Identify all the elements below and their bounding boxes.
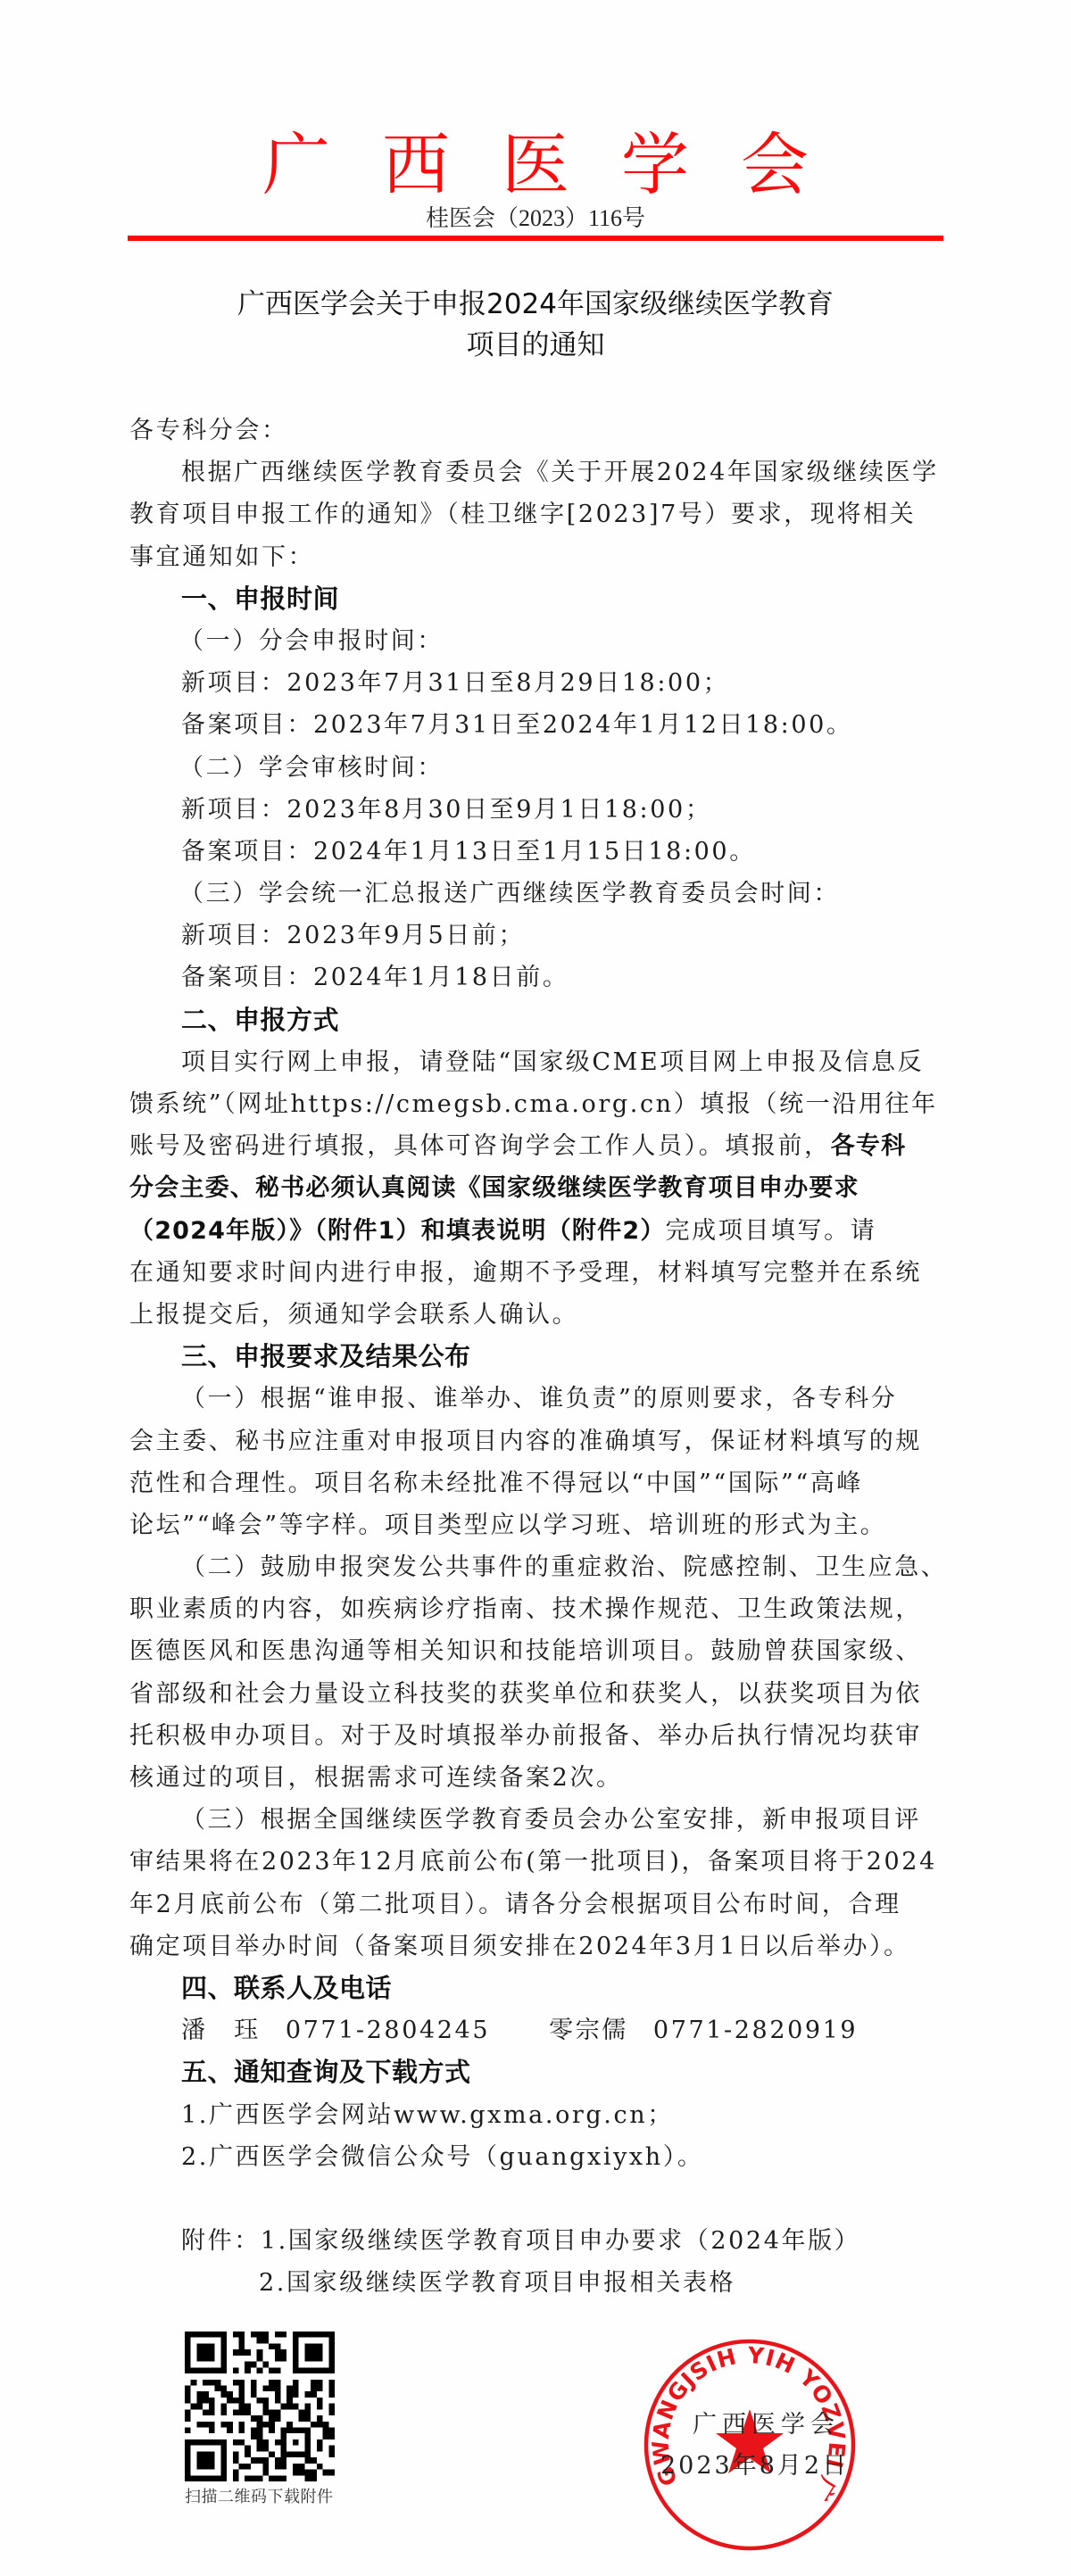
section-heading-5: 五、通知查询及下载方式 — [129, 2051, 946, 2093]
paragraph-line: 年2月底前公布（第二批项目）。请各分会根据项目公布时间，合理 — [129, 1884, 946, 1926]
paragraph-line: 项目实行网上申报，请登陆“国家级CME项目网上申报及信息反 — [129, 1041, 946, 1083]
paragraph-line: 职业素质的内容，如疾病诊疗指南、技术操作规范、卫生政策法规， — [129, 1588, 946, 1630]
paragraph-line: 论坛”“峰会”等字样。项目类型应以学习班、培训班的形式为主。 — [129, 1504, 946, 1546]
document-page: 广西医学会 桂医会（2023）116号 广西医学会关于申报2024年国家级继续医… — [0, 0, 1071, 2576]
section-heading-2: 二、申报方式 — [129, 999, 946, 1041]
section-heading-4: 四、联系人及电话 — [129, 1967, 946, 2009]
intro-line: 根据广西继续医学教育委员会《关于开展2024年国家级继续医学 — [129, 451, 946, 493]
qr-caption: 扫描二维码下载附件 — [185, 2486, 334, 2509]
paragraph-line: 会主委、秘书应注重对申报项目内容的准确填写，保证材料填写的规 — [129, 1421, 946, 1462]
emphasis-text: （2024年版）》（附件1）和填表说明（附件2） — [129, 1217, 666, 1245]
schedule-new: 新项目：2023年8月30日至9月1日18:00； — [129, 789, 946, 831]
paragraph-line: 范性和合理性。项目名称未经批准不得冠以“中国”“国际”“高峰 — [129, 1462, 946, 1504]
qr-code-icon — [185, 2332, 335, 2481]
paragraph-line: 核通过的项目，根据需求可连续备案2次。 — [129, 1757, 946, 1799]
paragraph-line: （2024年版）》（附件1）和填表说明（附件2）完成项目填写。请 — [129, 1210, 946, 1252]
paragraph-line: （二）鼓励申报突发公共事件的重症救治、院感控制、卫生应急、 — [129, 1546, 946, 1588]
qr-code[interactable] — [185, 2332, 335, 2481]
document-body: 各专科分会： 根据广西继续医学教育委员会《关于开展2024年国家级继续医学 教育… — [129, 410, 946, 2304]
spacer — [129, 2178, 946, 2220]
contact-name: 潘 珏 — [181, 2017, 261, 2044]
paragraph-text: 账号及密码进行填报，具体可咨询学会工作人员）。填报前， — [129, 1132, 831, 1160]
paragraph-line: 确定项目举办时间（备案项目须安排在2024年3月1日以后举办）。 — [129, 1926, 946, 1967]
intro-line: 教育项目申报工作的通知》（桂卫继字[2023]7号）要求，现将相关 — [129, 493, 946, 535]
subsection-label: （二）学会审核时间： — [129, 747, 946, 789]
paragraph-line: 在通知要求时间内进行申报，逾期不予受理，材料填写完整并在系统 — [129, 1252, 946, 1294]
paragraph-text: 完成项目填写。请 — [666, 1217, 877, 1245]
official-seal: GWANGJSIH YIH YOZVEI 广 西 医 学 会 — [641, 2336, 859, 2554]
attachment-item: 1.国家级继续医学教育项目申办要求（2024年版） — [261, 2227, 860, 2255]
contact-phone: 0771-2820919 — [653, 2017, 858, 2044]
attachment-item: 2.国家级继续医学教育项目申报相关表格 — [129, 2262, 946, 2304]
paragraph-line: （一）根据“谁申报、谁举办、谁负责”的原则要求，各专科分 — [129, 1378, 946, 1420]
emphasis-line: 分会主委、秘书必须认真阅读《国家级继续医学教育项目申办要求 — [129, 1167, 946, 1209]
schedule-new: 新项目：2023年9月5日前； — [129, 915, 946, 957]
signature-org: 广西医学会 — [693, 2409, 840, 2441]
schedule-filed: 备案项目：2024年1月18日前。 — [129, 957, 946, 998]
paragraph-line: 托积极申办项目。对于及时填报举办前报备、举办后执行情况均获审 — [129, 1715, 946, 1757]
contact-name: 零宗儒 — [549, 2017, 628, 2044]
download-item-wechat: 2.广西医学会微信公众号（guangxiyxh）。 — [129, 2136, 946, 2178]
attachment-line: 附件：1.国家级继续医学教育项目申办要求（2024年版） — [129, 2220, 946, 2262]
title-line-1: 广西医学会关于申报2024年国家级继续医学教育 — [0, 284, 1071, 325]
download-item-website: 1.广西医学会网站www.gxma.org.cn； — [129, 2094, 946, 2136]
paragraph-line: （三）根据全国继续医学教育委员会办公室安排，新申报项目评 — [129, 1799, 946, 1841]
paragraph-line: 审结果将在2023年12月底前公布(第一批项目)，备案项目将于2024 — [129, 1841, 946, 1883]
section-heading-3: 三、申报要求及结果公布 — [129, 1336, 946, 1378]
seal-stamp-icon: GWANGJSIH YIH YOZVEI 广 西 医 学 会 — [641, 2336, 859, 2554]
document-number: 桂医会（2023）116号 — [0, 203, 1071, 234]
emphasis-text: 各专科 — [831, 1132, 907, 1160]
title-line-2: 项目的通知 — [0, 325, 1071, 366]
paragraph-line: 账号及密码进行填报，具体可咨询学会工作人员）。填报前，各专科 — [129, 1125, 946, 1167]
signature-date: 2023年8月2日 — [660, 2450, 849, 2482]
paragraph-line: 馈系统”（网址https://cmegsb.cma.org.cn）填报（统一沿用… — [129, 1083, 946, 1125]
masthead-org-name: 广西医学会 — [0, 125, 1071, 205]
attachment-label: 附件： — [181, 2227, 261, 2255]
intro-line: 事宜通知如下： — [129, 536, 946, 578]
paragraph-line: 医德医风和医患沟通等相关知识和技能培训项目。鼓励曾获国家级、 — [129, 1630, 946, 1672]
schedule-filed: 备案项目：2024年1月13日至1月15日18:00。 — [129, 831, 946, 873]
subsection-label: （三）学会统一汇总报送广西继续医学教育委员会时间： — [129, 873, 946, 915]
subsection-label: （一）分会申报时间： — [129, 620, 946, 662]
contact-phone: 0771-2804245 — [286, 2017, 490, 2044]
paragraph-line: 上报提交后，须通知学会联系人确认。 — [129, 1294, 946, 1336]
contacts-line: 潘 珏0771-2804245零宗儒0771-2820919 — [129, 2009, 946, 2051]
salutation: 各专科分会： — [129, 410, 946, 451]
section-heading-1: 一、申报时间 — [129, 578, 946, 620]
document-title: 广西医学会关于申报2024年国家级继续医学教育 项目的通知 — [0, 284, 1071, 366]
schedule-new: 新项目：2023年7月31日至8月29日18:00； — [129, 662, 946, 704]
masthead-red-divider — [128, 236, 943, 241]
paragraph-line: 省部级和社会力量设立科技奖的获奖单位和获奖人，以获奖项目为依 — [129, 1673, 946, 1715]
schedule-filed: 备案项目：2023年7月31日至2024年1月12日18:00。 — [129, 704, 946, 746]
